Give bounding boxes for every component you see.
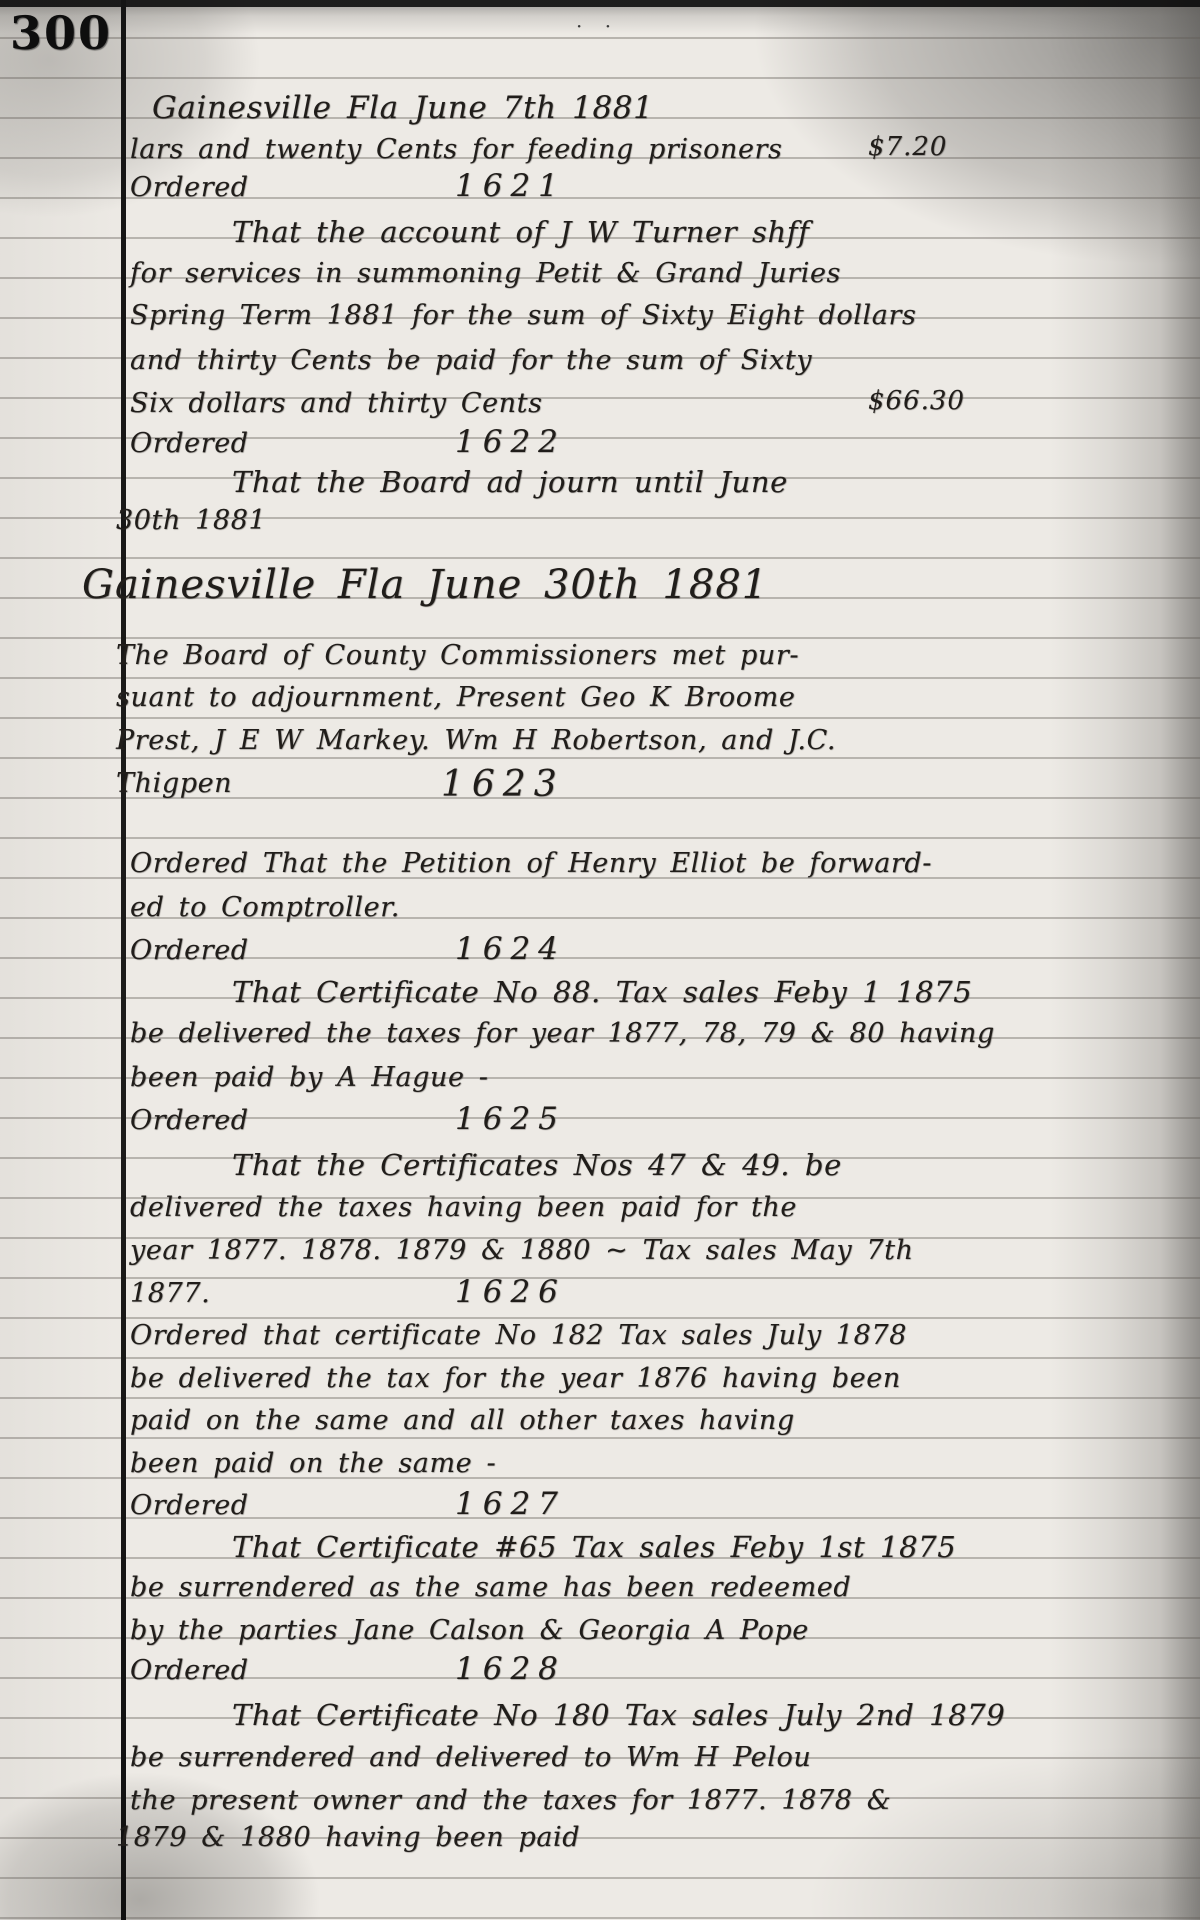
manuscript-line: paid on the same and all other taxes hav… — [130, 1405, 1158, 1451]
line-text: Thigpen — [116, 768, 232, 799]
amount-text: $66.30 — [868, 386, 965, 416]
line-text: The Board of County Commissioners met pu… — [116, 640, 799, 671]
entry-number: 1627 — [455, 1486, 566, 1522]
line-text: delivered the taxes having been paid for… — [130, 1192, 797, 1223]
manuscript-line: be surrendered and delivered to Wm H Pel… — [130, 1742, 1158, 1788]
line-text: suant to adjournment, Present Geo K Broo… — [116, 682, 795, 713]
line-text: be surrendered as the same has been rede… — [130, 1572, 851, 1603]
manuscript-line: Ordered that certificate No 182 Tax sale… — [130, 1320, 1158, 1366]
line-text: by the parties Jane Calson & Georgia A P… — [130, 1615, 809, 1646]
manuscript-line: The Board of County Commissioners met pu… — [116, 640, 1158, 686]
manuscript-line: Prest, J E W Markey. Wm H Robertson, and… — [116, 725, 1158, 771]
manuscript-line: Gainesville Fla June 30th 1881 — [82, 562, 1158, 608]
line-text: for services in summoning Petit & Grand … — [130, 258, 841, 289]
manuscript-line: 30th 1881 — [116, 505, 1158, 551]
entry-number: 1625 — [455, 1101, 566, 1137]
ledger-page-scan: 300 · · Gainesville Fla June 7th 1881 la… — [0, 0, 1200, 1920]
line-text: Ordered — [130, 428, 249, 459]
manuscript-line: That Certificate #65 Tax sales Feby 1st … — [130, 1530, 1158, 1576]
line-text: Spring Term 1881 for the sum of Sixty Ei… — [130, 300, 916, 331]
manuscript-line: 1877.1626 — [130, 1278, 1158, 1324]
line-text: year 1877. 1878. 1879 & 1880 ~ Tax sales… — [130, 1235, 914, 1266]
manuscript-line: been paid by A Hague - — [130, 1062, 1158, 1108]
line-text: ed to Comptroller. — [130, 892, 400, 923]
line-text: That Certificate #65 Tax sales Feby 1st … — [130, 1530, 956, 1564]
line-text: Prest, J E W Markey. Wm H Robertson, and… — [116, 725, 836, 756]
line-text: be surrendered and delivered to Wm H Pel… — [130, 1742, 811, 1773]
manuscript-line: That Certificate No 180 Tax sales July 2… — [130, 1698, 1158, 1744]
amount-text: $7.20 — [868, 132, 947, 162]
manuscript-line: Ordered That the Petition of Henry Ellio… — [130, 848, 1158, 894]
manuscript-line: Ordered1628 — [130, 1655, 1158, 1701]
line-text: Six dollars and thirty Cents — [130, 388, 543, 419]
stray-marks: · · — [576, 14, 619, 38]
line-text: Gainesville Fla June 7th 1881 — [152, 90, 653, 126]
manuscript-line: 1879 & 1880 having been paid — [116, 1822, 1158, 1868]
line-text: That Certificate No 88. Tax sales Feby 1… — [130, 975, 972, 1009]
line-text: been paid by A Hague - — [130, 1062, 489, 1093]
line-text: That the Board ad journ until June — [130, 465, 788, 499]
manuscript-line: Gainesville Fla June 7th 1881 — [152, 90, 1158, 136]
entry-number: 1628 — [455, 1651, 566, 1687]
manuscript-line: That Certificate No 88. Tax sales Feby 1… — [130, 975, 1158, 1021]
line-text: Ordered — [130, 1655, 249, 1686]
line-text: been paid on the same - — [130, 1448, 496, 1479]
line-text: Ordered — [130, 1490, 249, 1521]
manuscript-line: be delivered the tax for the year 1876 h… — [130, 1363, 1158, 1409]
line-text: the present owner and the taxes for 1877… — [130, 1785, 891, 1816]
line-text: 30th 1881 — [116, 505, 266, 536]
line-text: and thirty Cents be paid for the sum of … — [130, 345, 812, 376]
manuscript-line: be delivered the taxes for year 1877, 78… — [130, 1018, 1158, 1064]
manuscript-line: been paid on the same - — [130, 1448, 1158, 1494]
entry-number: 1622 — [455, 424, 566, 460]
line-text: That the Certificates Nos 47 & 49. be — [130, 1148, 842, 1182]
line-text: lars and twenty Cents for feeding prison… — [130, 134, 783, 165]
line-text: paid on the same and all other taxes hav… — [130, 1405, 795, 1436]
line-text: Gainesville Fla June 30th 1881 — [82, 562, 768, 608]
margin-rule-line — [121, 0, 126, 1920]
line-text: Ordered — [130, 935, 249, 966]
manuscript-line: Ordered1621 — [130, 172, 1158, 218]
manuscript-line: suant to adjournment, Present Geo K Broo… — [116, 682, 1158, 728]
entry-number: 1626 — [455, 1274, 566, 1310]
entry-number: 1621 — [455, 168, 566, 204]
line-text: Ordered — [130, 172, 249, 203]
line-text: be delivered the taxes for year 1877, 78… — [130, 1018, 995, 1049]
manuscript-line: Spring Term 1881 for the sum of Sixty Ei… — [130, 300, 1158, 346]
line-text: 1879 & 1880 having been paid — [116, 1822, 580, 1853]
manuscript-line: delivered the taxes having been paid for… — [130, 1192, 1158, 1238]
manuscript-line: be surrendered as the same has been rede… — [130, 1572, 1158, 1618]
page-number: 300 — [10, 6, 112, 60]
manuscript-line: year 1877. 1878. 1879 & 1880 ~ Tax sales… — [130, 1235, 1158, 1281]
line-text: Ordered — [130, 1105, 249, 1136]
manuscript-line: Ordered1625 — [130, 1105, 1158, 1151]
manuscript-line: That the account of J W Turner shff — [130, 215, 1158, 261]
line-text: be delivered the tax for the year 1876 h… — [130, 1363, 901, 1394]
line-text: Ordered that certificate No 182 Tax sale… — [130, 1320, 907, 1351]
line-text: That Certificate No 180 Tax sales July 2… — [130, 1698, 1005, 1732]
line-text: 1877. — [130, 1278, 210, 1309]
line-text: That the account of J W Turner shff — [130, 215, 809, 249]
entry-number: 1624 — [455, 931, 566, 967]
line-text: Ordered That the Petition of Henry Ellio… — [130, 848, 932, 879]
entry-number: 1623 — [441, 764, 565, 805]
manuscript-line: ed to Comptroller. — [130, 892, 1158, 938]
manuscript-line: That the Certificates Nos 47 & 49. be — [130, 1148, 1158, 1194]
manuscript-line: Thigpen1623 — [116, 768, 1158, 814]
manuscript-line: for services in summoning Petit & Grand … — [130, 258, 1158, 304]
manuscript-line: and thirty Cents be paid for the sum of … — [130, 345, 1158, 391]
